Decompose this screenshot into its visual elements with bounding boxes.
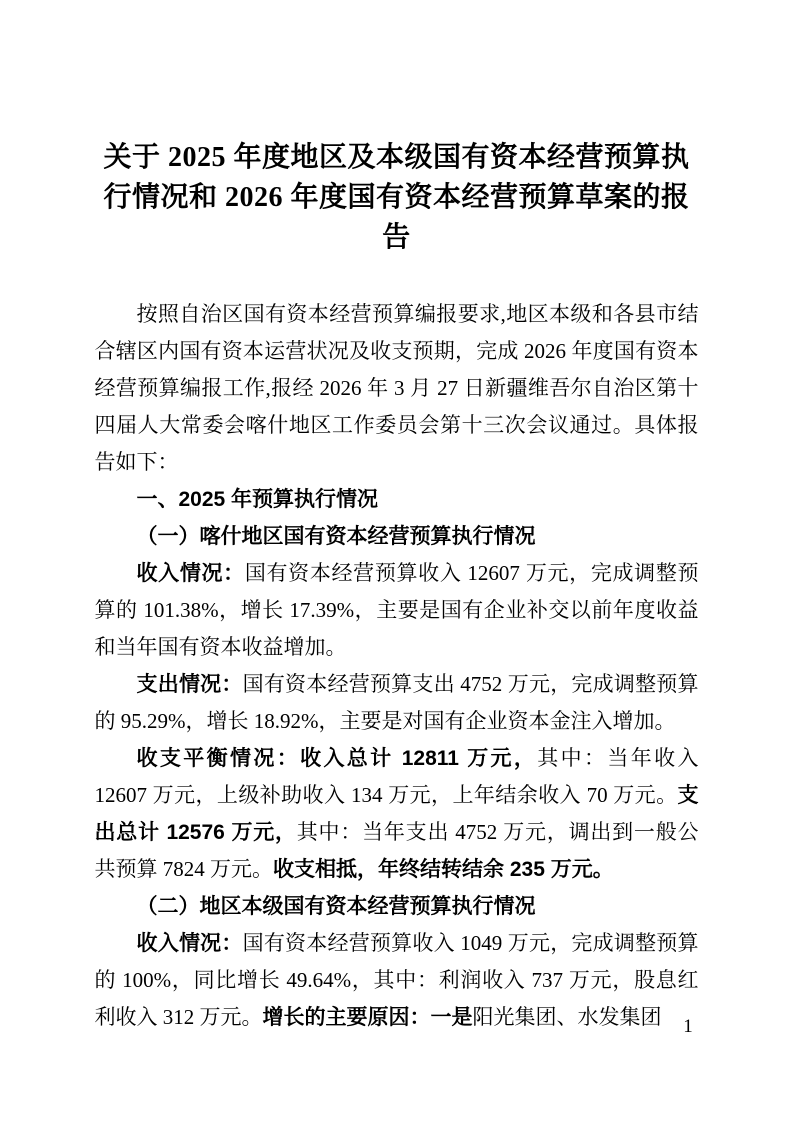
document-title: 关于 2025 年度地区及本级国有资本经营预算执行情况和 2026 年度国有资本…: [91, 0, 703, 258]
subsection-heading-prefecture-level-execution: （二）地区本级国有资本经营预算执行情况: [95, 888, 699, 925]
region-balance-paragraph-text: 收支相抵，年终结转结余 235 万元。: [273, 858, 614, 881]
region-balance-paragraph: 收支平衡情况：收入总计 12811 万元，其中：当年收入 12607 万元，上级…: [95, 740, 699, 888]
intro-paragraph: 按照自治区国有资本经营预算编报要求,地区本级和各县市结合辖区内国有资本运营状况及…: [95, 296, 699, 481]
prefecture-income-paragraph-text: 收入情况：: [137, 932, 243, 955]
section-heading-2025-execution: 一、2025 年预算执行情况: [95, 481, 699, 518]
intro-paragraph-text: 按照自治区国有资本经营预算编报要求,地区本级和各县市结合辖区内国有资本运营状况及…: [95, 302, 699, 474]
region-expenditure-paragraph: 支出情况：国有资本经营预算支出 4752 万元，完成调整预算的 95.29%，增…: [95, 666, 699, 740]
prefecture-income-paragraph: 收入情况：国有资本经营预算收入 1049 万元，完成调整预算的 100%，同比增…: [95, 925, 699, 1036]
prefecture-income-paragraph-text: 阳光集团、水发集团: [473, 1005, 662, 1029]
document-page: 关于 2025 年度地区及本级国有资本经营预算执行情况和 2026 年度国有资本…: [0, 0, 793, 1122]
subsection-heading-region-execution: （一）喀什地区国有资本经营预算执行情况: [95, 518, 699, 555]
page-number: 1: [676, 1014, 700, 1040]
prefecture-income-paragraph-text: 增长的主要原因：一是: [263, 1006, 473, 1029]
subsection-heading-region-execution-text: （一）喀什地区国有资本经营预算执行情况: [137, 525, 536, 548]
subsection-heading-prefecture-level-execution-text: （二）地区本级国有资本经营预算执行情况: [137, 895, 536, 918]
region-expenditure-paragraph-text: 支出情况：: [137, 673, 243, 696]
document-body: 按照自治区国有资本经营预算编报要求,地区本级和各县市结合辖区内国有资本运营状况及…: [95, 296, 699, 1036]
region-income-paragraph: 收入情况：国有资本经营预算收入 12607 万元，完成调整预算的 101.38%…: [95, 555, 699, 666]
section-heading-2025-execution-text: 一、2025 年预算执行情况: [137, 488, 379, 511]
region-balance-paragraph-text: 收支平衡情况：收入总计 12811 万元，: [137, 747, 538, 770]
region-income-paragraph-text: 收入情况：: [137, 562, 245, 585]
